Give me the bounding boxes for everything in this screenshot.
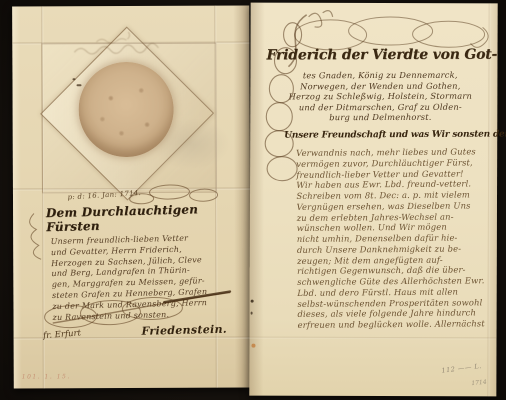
- letter-body-line: erfreuen und beglücken wolle. Allernächs…: [298, 318, 492, 330]
- royal-title-line: tes Gnaden, König zu Dennemarck,: [278, 70, 482, 81]
- royal-title-line: Herzog zu Schleßwig, Holstein, Stormarn: [278, 91, 482, 102]
- address-block: p: d: 16. Jan: 1714. Dem Durchlauchtigen…: [35, 187, 231, 344]
- letter-body-lines: Verwandnis nach, mehr liebes und Gutesve…: [296, 146, 492, 330]
- letter-right-page: Friderich der Vierdte von Got- tes Gnade…: [249, 3, 497, 397]
- postal-note: fr. Erfurt: [43, 328, 82, 341]
- royal-headline: Friderich der Vierdte von Got-: [266, 47, 496, 64]
- stain-dot: [251, 312, 253, 315]
- show-through-writing: [70, 30, 182, 62]
- royal-title-line: und der Ditmarschen, Graf zu Olden-: [278, 101, 482, 112]
- stain-dot: [251, 300, 254, 303]
- salutation-line: Unsere Freundschaft und was Wir sonsten …: [284, 129, 506, 140]
- pencil-year: 1714: [471, 379, 487, 388]
- residence-name: Friedenstein.: [141, 323, 227, 338]
- address-heading: Dem Durchlauchtigen Fürsten: [46, 202, 229, 235]
- wax-seal: [78, 62, 173, 157]
- pencil-annotation: 112 —— L.: [441, 362, 482, 375]
- royal-title-lines: tes Gnaden, König zu Dennemarck,Norwegen…: [278, 70, 482, 124]
- photograph-backdrop: p: d: 16. Jan: 1714. Dem Durchlauchtigen…: [0, 0, 506, 400]
- royal-title-line: Norwegen, der Wenden und Gothen,: [278, 80, 482, 91]
- stain-dot: [251, 344, 255, 348]
- letter-body-line: Vergnügen ersehen, was Dieselben Uns: [297, 200, 491, 212]
- fold-crease: [250, 337, 497, 340]
- royal-title-line: burg und Delmenhorst.: [278, 112, 482, 123]
- ink-speck: [77, 84, 82, 86]
- archive-number: 101. 1. 15.: [22, 373, 71, 380]
- letter-left-page: p: d: 16. Jan: 1714. Dem Durchlauchtigen…: [12, 5, 251, 388]
- ink-speck: [72, 78, 75, 80]
- address-lines: Unserm freundlich-lieben Vetterund Gevat…: [51, 233, 231, 324]
- letter-body-line: schwengliche Güte des Allerhöchsten Ewr.: [297, 275, 491, 287]
- address-footer: fr. Erfurt Friedenstein.: [43, 323, 227, 341]
